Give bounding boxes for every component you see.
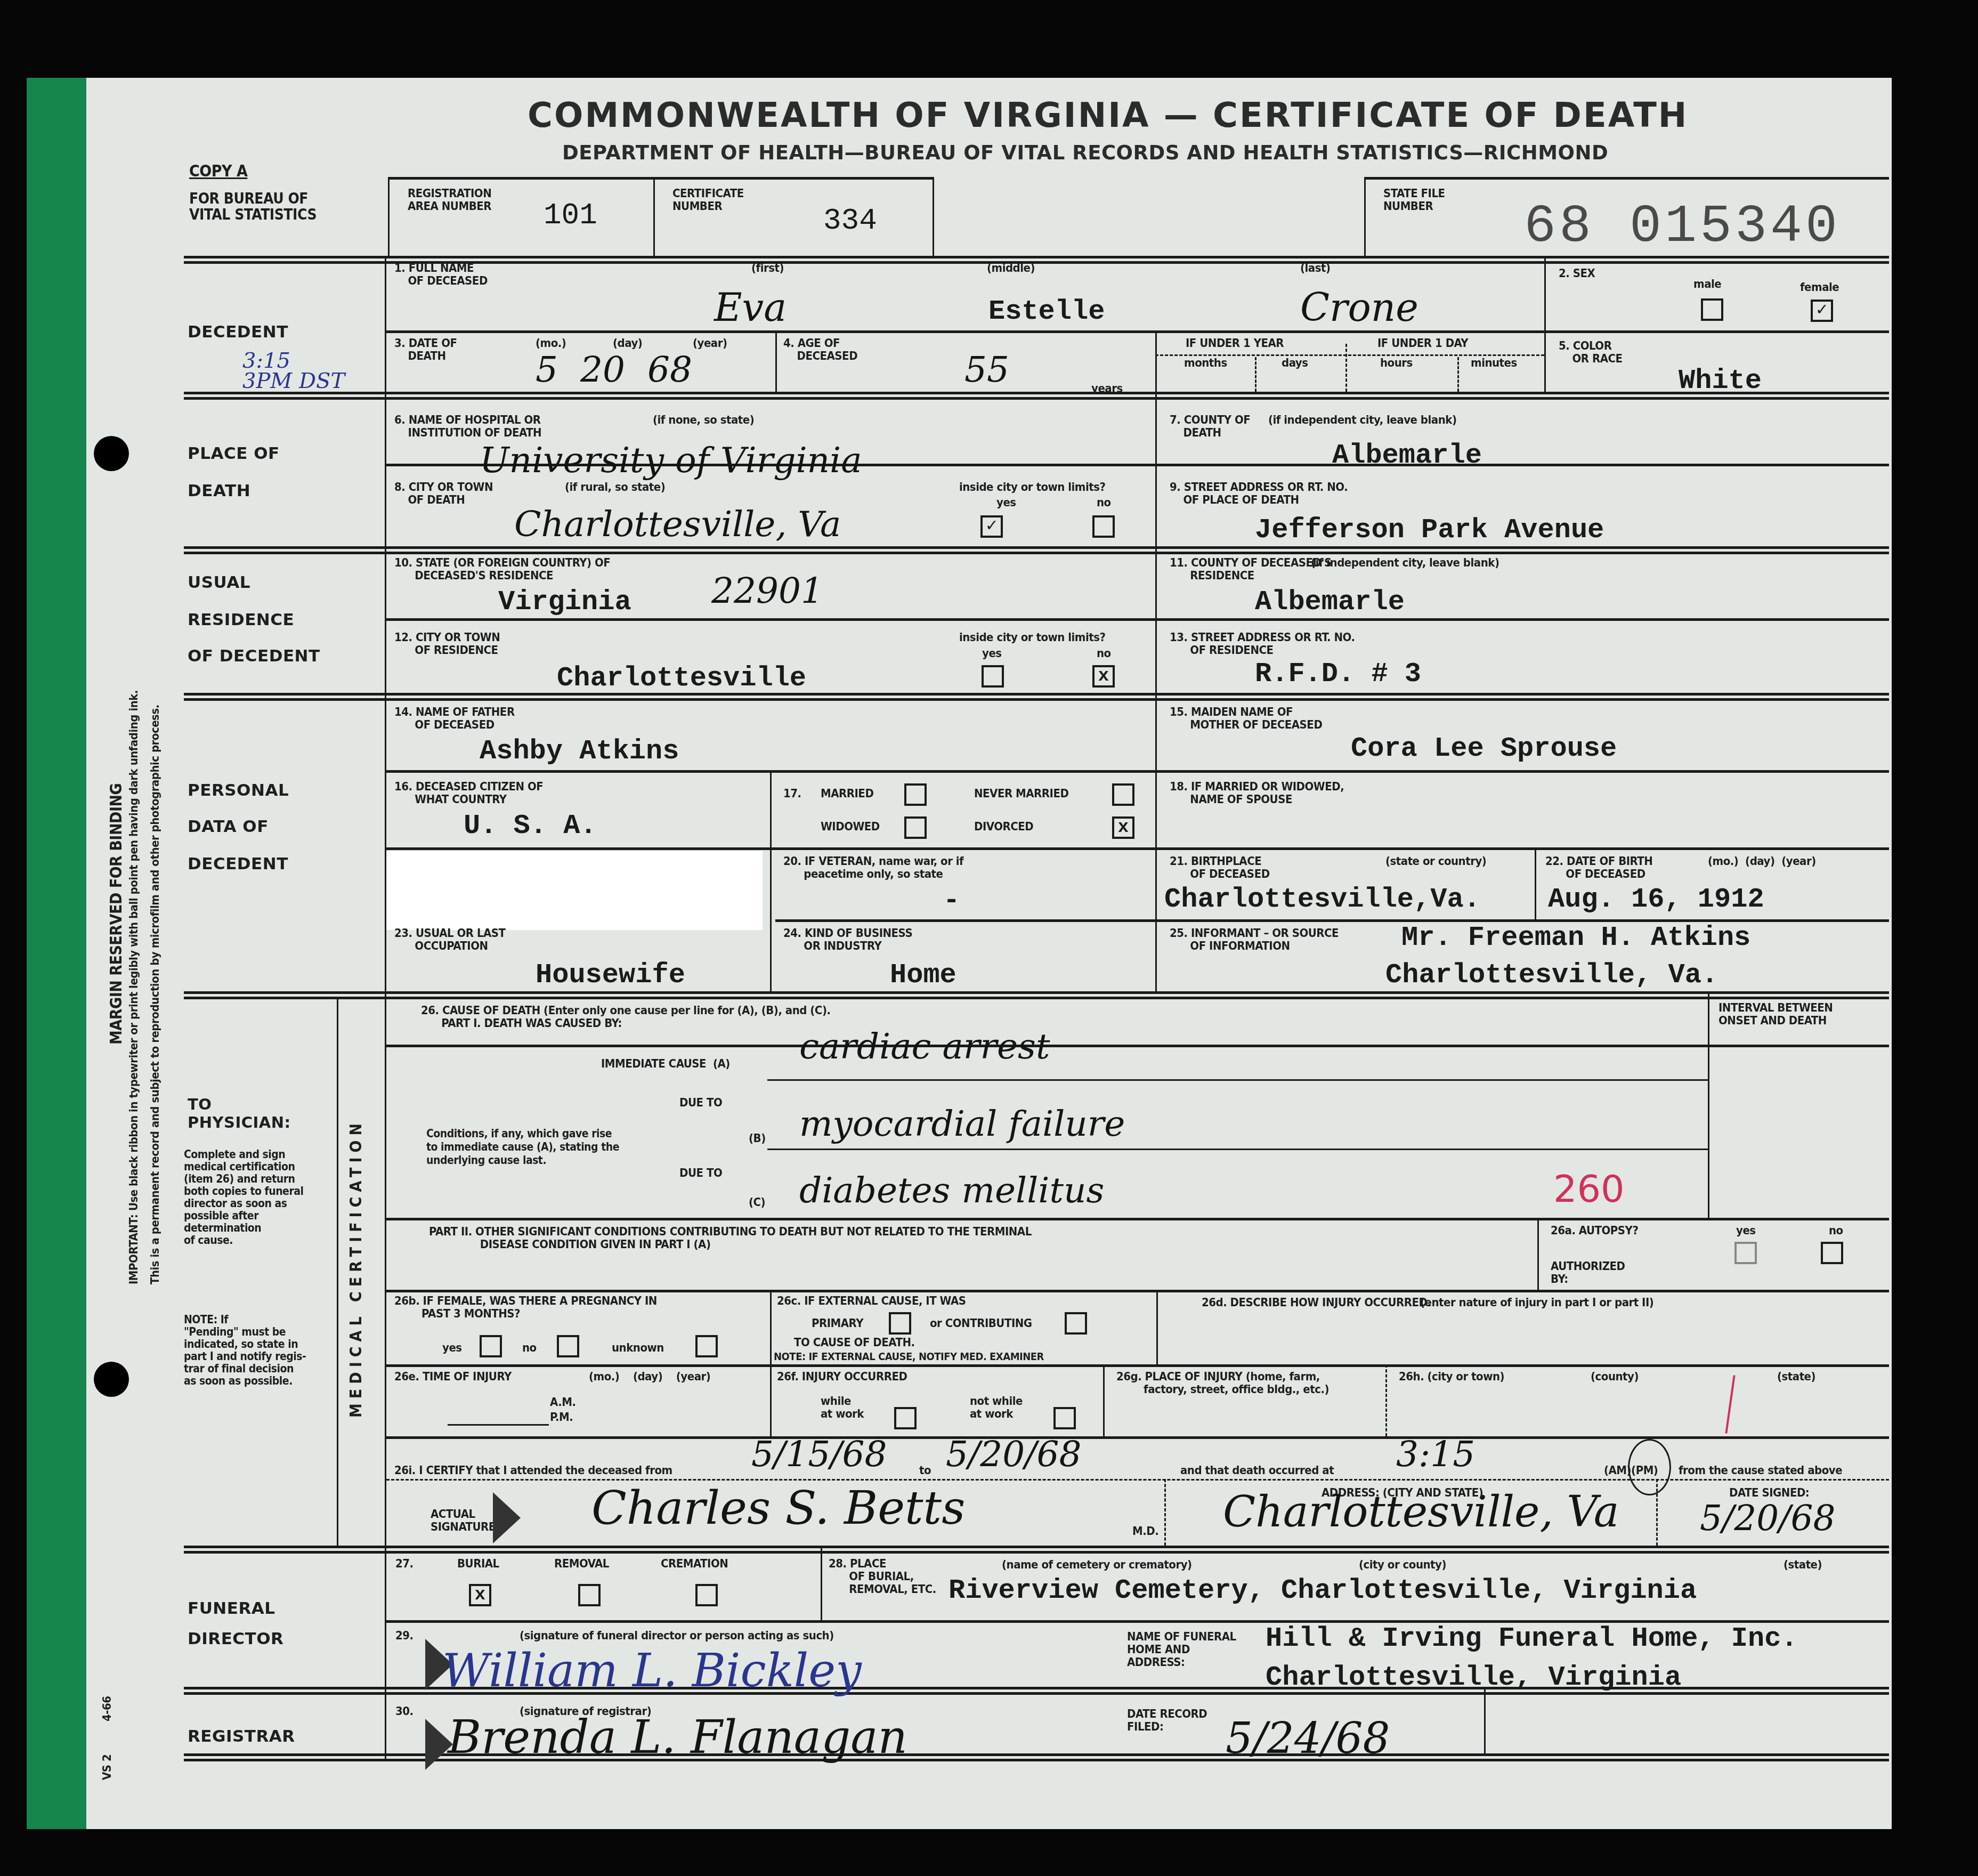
medical-certification-label: MEDICAL CERTIFICATION	[349, 1119, 363, 1418]
certificate-number: 334	[823, 204, 877, 238]
f10-label: 10. STATE (OR FOREIGN COUNTRY) OF DECEAS…	[394, 557, 610, 583]
section-to-physician: TO PHYSICIAN:	[188, 1095, 291, 1131]
f28-burial-place[interactable]: Riverview Cemetery, Charlottesville, Vir…	[949, 1575, 1697, 1606]
f27-removal-checkbox[interactable]	[578, 1584, 601, 1606]
f26i-to-label: to	[919, 1465, 931, 1477]
f26f-while-label: while at work	[821, 1395, 864, 1421]
f6-hospital[interactable]: University of Virginia	[480, 440, 862, 481]
f26-cause-a[interactable]: cardiac arrest	[799, 1026, 1050, 1067]
f25-informant-city[interactable]: Charlottesville, Va.	[1385, 959, 1718, 991]
f26-due-to-1: DUE TO	[679, 1097, 722, 1110]
signature-arrow-icon	[493, 1492, 521, 1543]
f26-interval-label: INTERVAL BETWEEN ONSET AND DEATH	[1718, 1002, 1833, 1028]
punch-hole-top	[94, 436, 129, 471]
f26-line-a	[767, 1079, 1708, 1081]
f26f-not-while-checkbox[interactable]	[1053, 1407, 1076, 1429]
f26-b-label: (B)	[749, 1133, 766, 1145]
funeral-home-name[interactable]: Hill & Irving Funeral Home, Inc.	[1266, 1623, 1798, 1654]
f29-label: 29.	[395, 1630, 414, 1643]
col-divider-interval	[1708, 991, 1709, 1218]
f17-widowed-checkbox[interactable]	[904, 816, 927, 839]
f27-burial-label: BURIAL	[457, 1558, 499, 1571]
f26e-am: A.M.	[550, 1396, 575, 1409]
margin-note-line2: 3PM DST	[242, 369, 345, 393]
f7-hint: (if independent city, leave blank)	[1268, 414, 1456, 427]
f16-citizen[interactable]: U. S. A.	[464, 810, 597, 842]
rule-after-name	[386, 330, 1889, 333]
f26-label: 26. CAUSE OF DEATH (Enter only one cause…	[421, 1005, 830, 1030]
f12-yes-label: yes	[982, 648, 1002, 660]
f8-yes-checkbox[interactable]: ✓	[980, 515, 1003, 538]
f26-c-label: (C)	[749, 1196, 765, 1209]
f26c-primary-label: PRIMARY	[812, 1317, 863, 1330]
f8-no-checkbox[interactable]	[1092, 515, 1115, 538]
f3-year-label: (year)	[693, 337, 727, 350]
f26e-hint: (mo.) (day) (year)	[589, 1371, 710, 1384]
reg-box-divider	[653, 177, 655, 258]
f26-due-to-2: DUE TO	[679, 1167, 722, 1180]
f12-city[interactable]: Charlottesville	[557, 662, 806, 694]
f1-first-label: (first)	[751, 262, 784, 275]
section-usual-residence-1: USUAL	[188, 573, 250, 592]
f27-cremation-label: CREMATION	[661, 1558, 728, 1571]
col-divider-26g	[1103, 1364, 1105, 1436]
f22-label: 22. DATE OF BIRTH OF DECEASED	[1545, 855, 1652, 881]
f27-removal-label: REMOVAL	[554, 1558, 609, 1571]
f1-middle-label: (middle)	[987, 262, 1035, 275]
f14-father[interactable]: Ashby Atkins	[480, 735, 679, 767]
f1-last-name[interactable]: Crone	[1300, 285, 1418, 330]
f26c-contributing-checkbox[interactable]	[1065, 1312, 1087, 1335]
f3-date-of-death[interactable]: 5 20 68	[536, 349, 692, 390]
col-divider-autopsy	[1537, 1218, 1539, 1290]
f1-label: 1. FULL NAME OF DECEASED	[394, 262, 488, 288]
copy-label: COPY A	[189, 164, 247, 179]
f26f-not-while-label: not while at work	[970, 1395, 1023, 1421]
f26i-time[interactable]: 3:15	[1396, 1434, 1475, 1475]
section-place-of-death-1: PLACE OF	[188, 444, 280, 463]
f17-divorced-checkbox[interactable]: x	[1112, 816, 1134, 839]
date-filed-label: DATE RECORD FILED:	[1127, 1708, 1207, 1734]
f12-no-checkbox[interactable]: x	[1092, 665, 1115, 688]
page-title: COMMONWEALTH OF VIRGINIA — CERTIFICATE O…	[528, 96, 1688, 135]
dashed-months-days	[1255, 357, 1256, 392]
col-divider-mid	[1155, 546, 1157, 991]
physician-address[interactable]: Charlottesville, Va	[1223, 1487, 1619, 1537]
f6-hint: (if none, so state)	[653, 414, 754, 427]
f22-date-of-birth[interactable]: Aug. 16, 1912	[1548, 884, 1764, 915]
f26c-contributing-label: or CONTRIBUTING	[930, 1317, 1032, 1330]
date-signed[interactable]: 5/20/68	[1700, 1498, 1835, 1539]
f26c-label: 26c. IF EXTERNAL CAUSE, IT WAS	[777, 1295, 966, 1308]
state-file-box-left	[1364, 177, 1366, 258]
f2-male-checkbox[interactable]	[1701, 298, 1723, 321]
form-date: 4-66	[101, 1696, 114, 1721]
f1-middle-name[interactable]: Estelle	[988, 296, 1105, 327]
f2-male-label: male	[1693, 278, 1721, 291]
f28-hint-name: (name of cemetery or crematory)	[1002, 1559, 1192, 1572]
rule-place-bottom	[184, 546, 1889, 554]
rule-part1-bottom	[386, 1218, 1889, 1220]
f8-limits-label: inside city or town limits?	[959, 481, 1105, 494]
section-personal-3: DECEDENT	[188, 854, 288, 874]
f26b-yes-label: yes	[442, 1342, 462, 1355]
rule-after-state	[386, 618, 1889, 621]
dashed-address-left	[1164, 1479, 1166, 1546]
f26h-county-label: (county)	[1591, 1371, 1639, 1384]
medical-cert-divider	[337, 997, 338, 1546]
col-divider-place	[1155, 392, 1157, 546]
margin-time-note: 3:153PM DST	[242, 351, 345, 391]
f10-zip[interactable]: 22901	[711, 570, 823, 611]
f26b-label: 26b. IF FEMALE, WAS THERE A PREGNANCY IN…	[394, 1295, 657, 1321]
col-divider-26c	[770, 1290, 772, 1436]
f6-label: 6. NAME OF HOSPITAL OR INSTITUTION OF DE…	[394, 414, 541, 440]
f4-months: months	[1184, 357, 1227, 370]
physician-note: NOTE: If "Pending" must be indicated, so…	[184, 1314, 306, 1387]
f5-label: 5. COLOR OR RACE	[1559, 340, 1623, 366]
section-personal-1: PERSONAL	[188, 781, 289, 800]
rule-26b-bottom	[386, 1364, 1889, 1367]
rule-cause-a	[386, 1045, 1889, 1047]
f20-veteran[interactable]: -	[943, 885, 960, 916]
f26i-to-date[interactable]: 5/20/68	[946, 1434, 1081, 1475]
f26g-label: 26g. PLACE OF INJURY (home, farm, factor…	[1116, 1371, 1329, 1396]
f26b-yes-checkbox[interactable]	[480, 1335, 502, 1357]
funeral-home-label: NAME OF FUNERAL HOME AND ADDRESS:	[1127, 1631, 1236, 1669]
f4-under-year: IF UNDER 1 YEAR	[1186, 337, 1284, 350]
f27-burial-checkbox[interactable]: x	[469, 1584, 491, 1606]
f12-label: 12. CITY OR TOWN OF RESIDENCE	[394, 632, 500, 657]
physician-instructions: Complete and sign medical certification …	[184, 1149, 303, 1247]
md-label: M.D.	[1132, 1525, 1158, 1538]
f1-last-label: (last)	[1300, 262, 1330, 275]
f26i-from-date[interactable]: 5/15/68	[751, 1434, 887, 1475]
f26i-cause-label: from the cause stated above	[1679, 1465, 1842, 1477]
f26b-unknown-label: unknown	[612, 1342, 664, 1355]
f24-business[interactable]: Home	[890, 959, 956, 991]
f26c-primary-checkbox[interactable]	[889, 1312, 911, 1335]
col-divider-marital	[770, 770, 772, 991]
f12-no-label: no	[1097, 648, 1111, 660]
date-filed[interactable]: 5/24/68	[1226, 1713, 1390, 1763]
f7-label: 7. COUNTY OF DEATH	[1170, 414, 1250, 440]
f8-city[interactable]: Charlottesville, Va	[514, 504, 841, 545]
f4-age[interactable]: 55	[964, 349, 1009, 390]
col-divider-age	[775, 330, 777, 392]
f26i-certify-label: 26i. I CERTIFY that I attended the decea…	[394, 1465, 672, 1477]
f23-occupation[interactable]: Housewife	[536, 959, 685, 991]
f15-label: 15. MAIDEN NAME OF MOTHER OF DECEASED	[1170, 706, 1322, 732]
f17-never-married-checkbox[interactable]	[1112, 783, 1134, 806]
f11-label: 11. COUNTY OF DECEASED'S RESIDENCE	[1170, 557, 1332, 583]
f9-label: 9. STREET ADDRESS OR RT. NO. OF PLACE OF…	[1170, 481, 1348, 507]
rule-residence-bottom	[184, 693, 1889, 701]
f26b-no-label: no	[522, 1342, 537, 1355]
f28-hint-state: (state)	[1784, 1559, 1822, 1572]
f26f-label: 26f. INJURY OCCURRED	[777, 1371, 907, 1384]
f13-label: 13. STREET ADDRESS OR RT. NO. OF RESIDEN…	[1170, 632, 1355, 657]
f23-label: 23. USUAL OR LAST OCCUPATION	[394, 927, 506, 953]
f26-code[interactable]: 260	[1553, 1167, 1625, 1211]
f26b-unknown-checkbox[interactable]	[695, 1335, 718, 1357]
f2-label: 2. SEX	[1559, 268, 1595, 280]
section-place-of-death-2: DEATH	[188, 481, 250, 500]
rule-26e-bottom	[386, 1436, 1889, 1439]
f4-years-label: years	[1091, 383, 1123, 395]
f17-never-married-label: NEVER MARRIED	[974, 788, 1068, 800]
f26d-hint: (enter nature of injury in part I or par…	[1420, 1297, 1653, 1309]
col-divider-sex	[1544, 256, 1546, 392]
funeral-director-signature[interactable]: William L. Bickley	[442, 1644, 862, 1697]
f26-line-b	[767, 1149, 1708, 1150]
f21-hint: (state or country)	[1385, 855, 1486, 868]
f28-label: 28. PLACE OF BURIAL, REMOVAL, ETC.	[829, 1558, 936, 1596]
registration-area-label: REGISTRATION AREA NUMBER	[408, 188, 491, 213]
f5-race[interactable]: White	[1679, 365, 1762, 397]
f12-yes-checkbox[interactable]	[982, 665, 1004, 688]
redacted-field-19	[386, 851, 763, 930]
f27-cremation-checkbox[interactable]	[695, 1584, 718, 1606]
f3-day-label: (day)	[613, 337, 642, 350]
f26-part2-label: PART II. OTHER SIGNIFICANT CONDITIONS CO…	[429, 1226, 1032, 1251]
f4-under-day: IF UNDER 1 DAY	[1377, 337, 1468, 350]
f12-limits-label: inside city or town limits?	[959, 632, 1105, 644]
f21-birthplace[interactable]: Charlottesville,Va.	[1164, 884, 1480, 915]
f26a-authorized-label: AUTHORIZED BY:	[1551, 1260, 1625, 1286]
registration-area-number: 101	[544, 198, 597, 232]
reg-box-right	[933, 177, 934, 258]
section-funeral-2: DIRECTOR	[188, 1629, 283, 1648]
form-code: VS 2	[101, 1754, 114, 1780]
f22-hint: (mo.) (day) (year)	[1708, 855, 1816, 868]
f18-label: 18. IF MARRIED OR WIDOWED, NAME OF SPOUS…	[1170, 781, 1344, 806]
page-subtitle: DEPARTMENT OF HEALTH—BUREAU OF VITAL REC…	[562, 141, 1608, 164]
f10-state[interactable]: Virginia	[498, 586, 631, 618]
f14-label: 14. NAME OF FATHER OF DECEASED	[394, 706, 515, 732]
section-registrar: REGISTRAR	[188, 1727, 295, 1746]
f16-label: 16. DECEASED CITIZEN OF WHAT COUNTRY	[394, 781, 543, 806]
rule-after-father	[386, 770, 1889, 773]
col-divider-26d	[1156, 1290, 1158, 1364]
f26-immediate-label: IMMEDIATE CAUSE (A)	[601, 1058, 730, 1071]
f17-label: 17.	[783, 788, 801, 800]
dashed-hours-minutes	[1457, 357, 1459, 392]
f26b-no-checkbox[interactable]	[557, 1335, 579, 1357]
section-funeral-1: FUNERAL	[188, 1599, 275, 1618]
rule-medical-bottom	[184, 1546, 1889, 1554]
rule-personal-bottom	[184, 991, 1889, 999]
actual-signature-label: ACTUAL SIGNATURE	[431, 1508, 496, 1534]
registrar-signature[interactable]: Brenda L. Flanagan	[448, 1711, 907, 1764]
f26i-occurred-label: and that death occurred at	[1180, 1465, 1334, 1477]
f11-county[interactable]: Albemarle	[1255, 586, 1405, 618]
f26c-to-cause: TO CAUSE OF DEATH.	[794, 1337, 915, 1349]
f17-divorced-label: DIVORCED	[974, 821, 1033, 834]
f8-no-label: no	[1097, 497, 1111, 510]
f26h-label: 26h. (city or town)	[1399, 1371, 1504, 1384]
dashed-under-divider	[1345, 344, 1347, 392]
f26-cause-c[interactable]: diabetes mellitus	[799, 1170, 1104, 1211]
f2-female-label: female	[1800, 281, 1839, 294]
f21-label: 21. BIRTHPLACE OF DECEASED	[1170, 855, 1270, 881]
binding-margin-title: MARGIN RESERVED FOR BINDING	[109, 783, 124, 1045]
f7-county[interactable]: Albemarle	[1332, 440, 1482, 471]
f26a-yes-checkbox[interactable]	[1734, 1242, 1757, 1264]
rule-after-citizen	[386, 847, 1889, 850]
col-divider-filed	[1484, 1687, 1486, 1753]
copy-for-label: FOR BUREAU OF VITAL STATISTICS	[189, 191, 317, 223]
state-file-box-top	[1364, 177, 1889, 180]
f15-mother[interactable]: Cora Lee Sprouse	[1351, 733, 1617, 764]
reg-box-top	[388, 177, 934, 180]
f26h-state-label: (state)	[1777, 1371, 1815, 1384]
f26a-label: 26a. AUTOPSY?	[1551, 1225, 1638, 1238]
f20-label: 20. IF VETERAN, name war, or if peacetim…	[783, 855, 963, 881]
f8-label: 8. CITY OR TOWN OF DEATH	[394, 481, 493, 507]
rule-part2-bottom	[386, 1290, 1889, 1292]
f24-label: 24. KIND OF BUSINESS OR INDUSTRY	[783, 927, 912, 953]
f13-street[interactable]: R.F.D. # 3	[1255, 658, 1421, 690]
important-notice: IMPORTANT: Use black ribbon in typewrite…	[128, 690, 141, 1284]
f26c-note: NOTE: IF EXTERNAL CAUSE, NOTIFY MED. EXA…	[774, 1350, 1044, 1363]
f3-mo-label: (mo.)	[536, 337, 566, 350]
f25-label: 25. INFORMANT – OR SOURCE OF INFORMATION	[1170, 927, 1339, 953]
f4-hours: hours	[1380, 357, 1413, 370]
f27-label: 27.	[395, 1558, 414, 1571]
f11-hint: (if independent city, leave blank)	[1311, 557, 1499, 570]
f8-yes-label: yes	[996, 497, 1016, 510]
f3-label: 3. DATE OF DEATH	[394, 337, 457, 363]
section-usual-residence-2: RESIDENCE	[188, 610, 294, 629]
col-divider-under	[1155, 330, 1157, 392]
f17-widowed-label: WIDOWED	[821, 821, 880, 834]
section-usual-residence-3: OF DECEDENT	[188, 646, 320, 666]
col-divider-dob	[1535, 847, 1536, 919]
punch-hole-bottom	[94, 1362, 129, 1397]
permanent-record-notice: This is a permanent record and subject t…	[149, 705, 162, 1284]
section-personal-2: DATA OF	[188, 817, 269, 836]
section-decedent: DECEDENT	[188, 322, 288, 342]
f26e-time-line	[448, 1424, 549, 1426]
f26a-no-checkbox[interactable]	[1821, 1242, 1843, 1264]
f28-hint-city: (city or county)	[1359, 1559, 1446, 1572]
f26-conditions-note: Conditions, if any, which gave rise to i…	[426, 1127, 619, 1167]
f29-hint: (signature of funeral director or person…	[520, 1630, 834, 1643]
f26e-label: 26e. TIME OF INJURY	[394, 1371, 512, 1384]
funeral-home-address[interactable]: Charlottesville, Virginia	[1266, 1662, 1681, 1693]
dashed-26h	[1385, 1364, 1387, 1436]
f1-first-name[interactable]: Eva	[714, 285, 787, 330]
certificate-number-label: CERTIFICATE NUMBER	[672, 188, 744, 213]
f4-label: 4. AGE OF DECEASED	[783, 337, 857, 363]
f17-married-label: MARRIED	[821, 788, 873, 800]
state-file-number: 68 015340	[1524, 197, 1841, 257]
f26a-no-label: no	[1829, 1225, 1843, 1238]
f30-label: 30.	[395, 1705, 414, 1718]
f4-days: days	[1282, 357, 1308, 370]
f26f-while-checkbox[interactable]	[894, 1407, 917, 1429]
state-file-label: STATE FILE NUMBER	[1383, 188, 1445, 213]
rule-decedent-bottom	[184, 392, 1889, 400]
green-binding-strip	[27, 78, 86, 1829]
f26a-yes-label: yes	[1736, 1225, 1756, 1238]
reg-box-left	[388, 177, 390, 258]
physician-signature[interactable]: Charles S. Betts	[591, 1482, 965, 1535]
f26-cause-b[interactable]: myocardial failure	[799, 1103, 1125, 1144]
pm-circle	[1628, 1439, 1671, 1495]
f8-hint: (if rural, so state)	[565, 481, 665, 494]
col-divider-burial	[821, 1546, 822, 1620]
f25-informant-name[interactable]: Mr. Freeman H. Atkins	[1401, 922, 1750, 953]
f26e-pm: P.M.	[550, 1411, 573, 1424]
f2-female-checkbox[interactable]: ✓	[1811, 300, 1833, 322]
f4-minutes: minutes	[1471, 357, 1517, 370]
f9-street[interactable]: Jefferson Park Avenue	[1255, 514, 1604, 546]
f17-married-checkbox[interactable]	[904, 783, 927, 806]
f26d-label: 26d. DESCRIBE HOW INJURY OCCURRED.	[1202, 1297, 1431, 1309]
dashed-under-header	[1155, 354, 1544, 356]
main-left-border	[385, 256, 386, 1759]
